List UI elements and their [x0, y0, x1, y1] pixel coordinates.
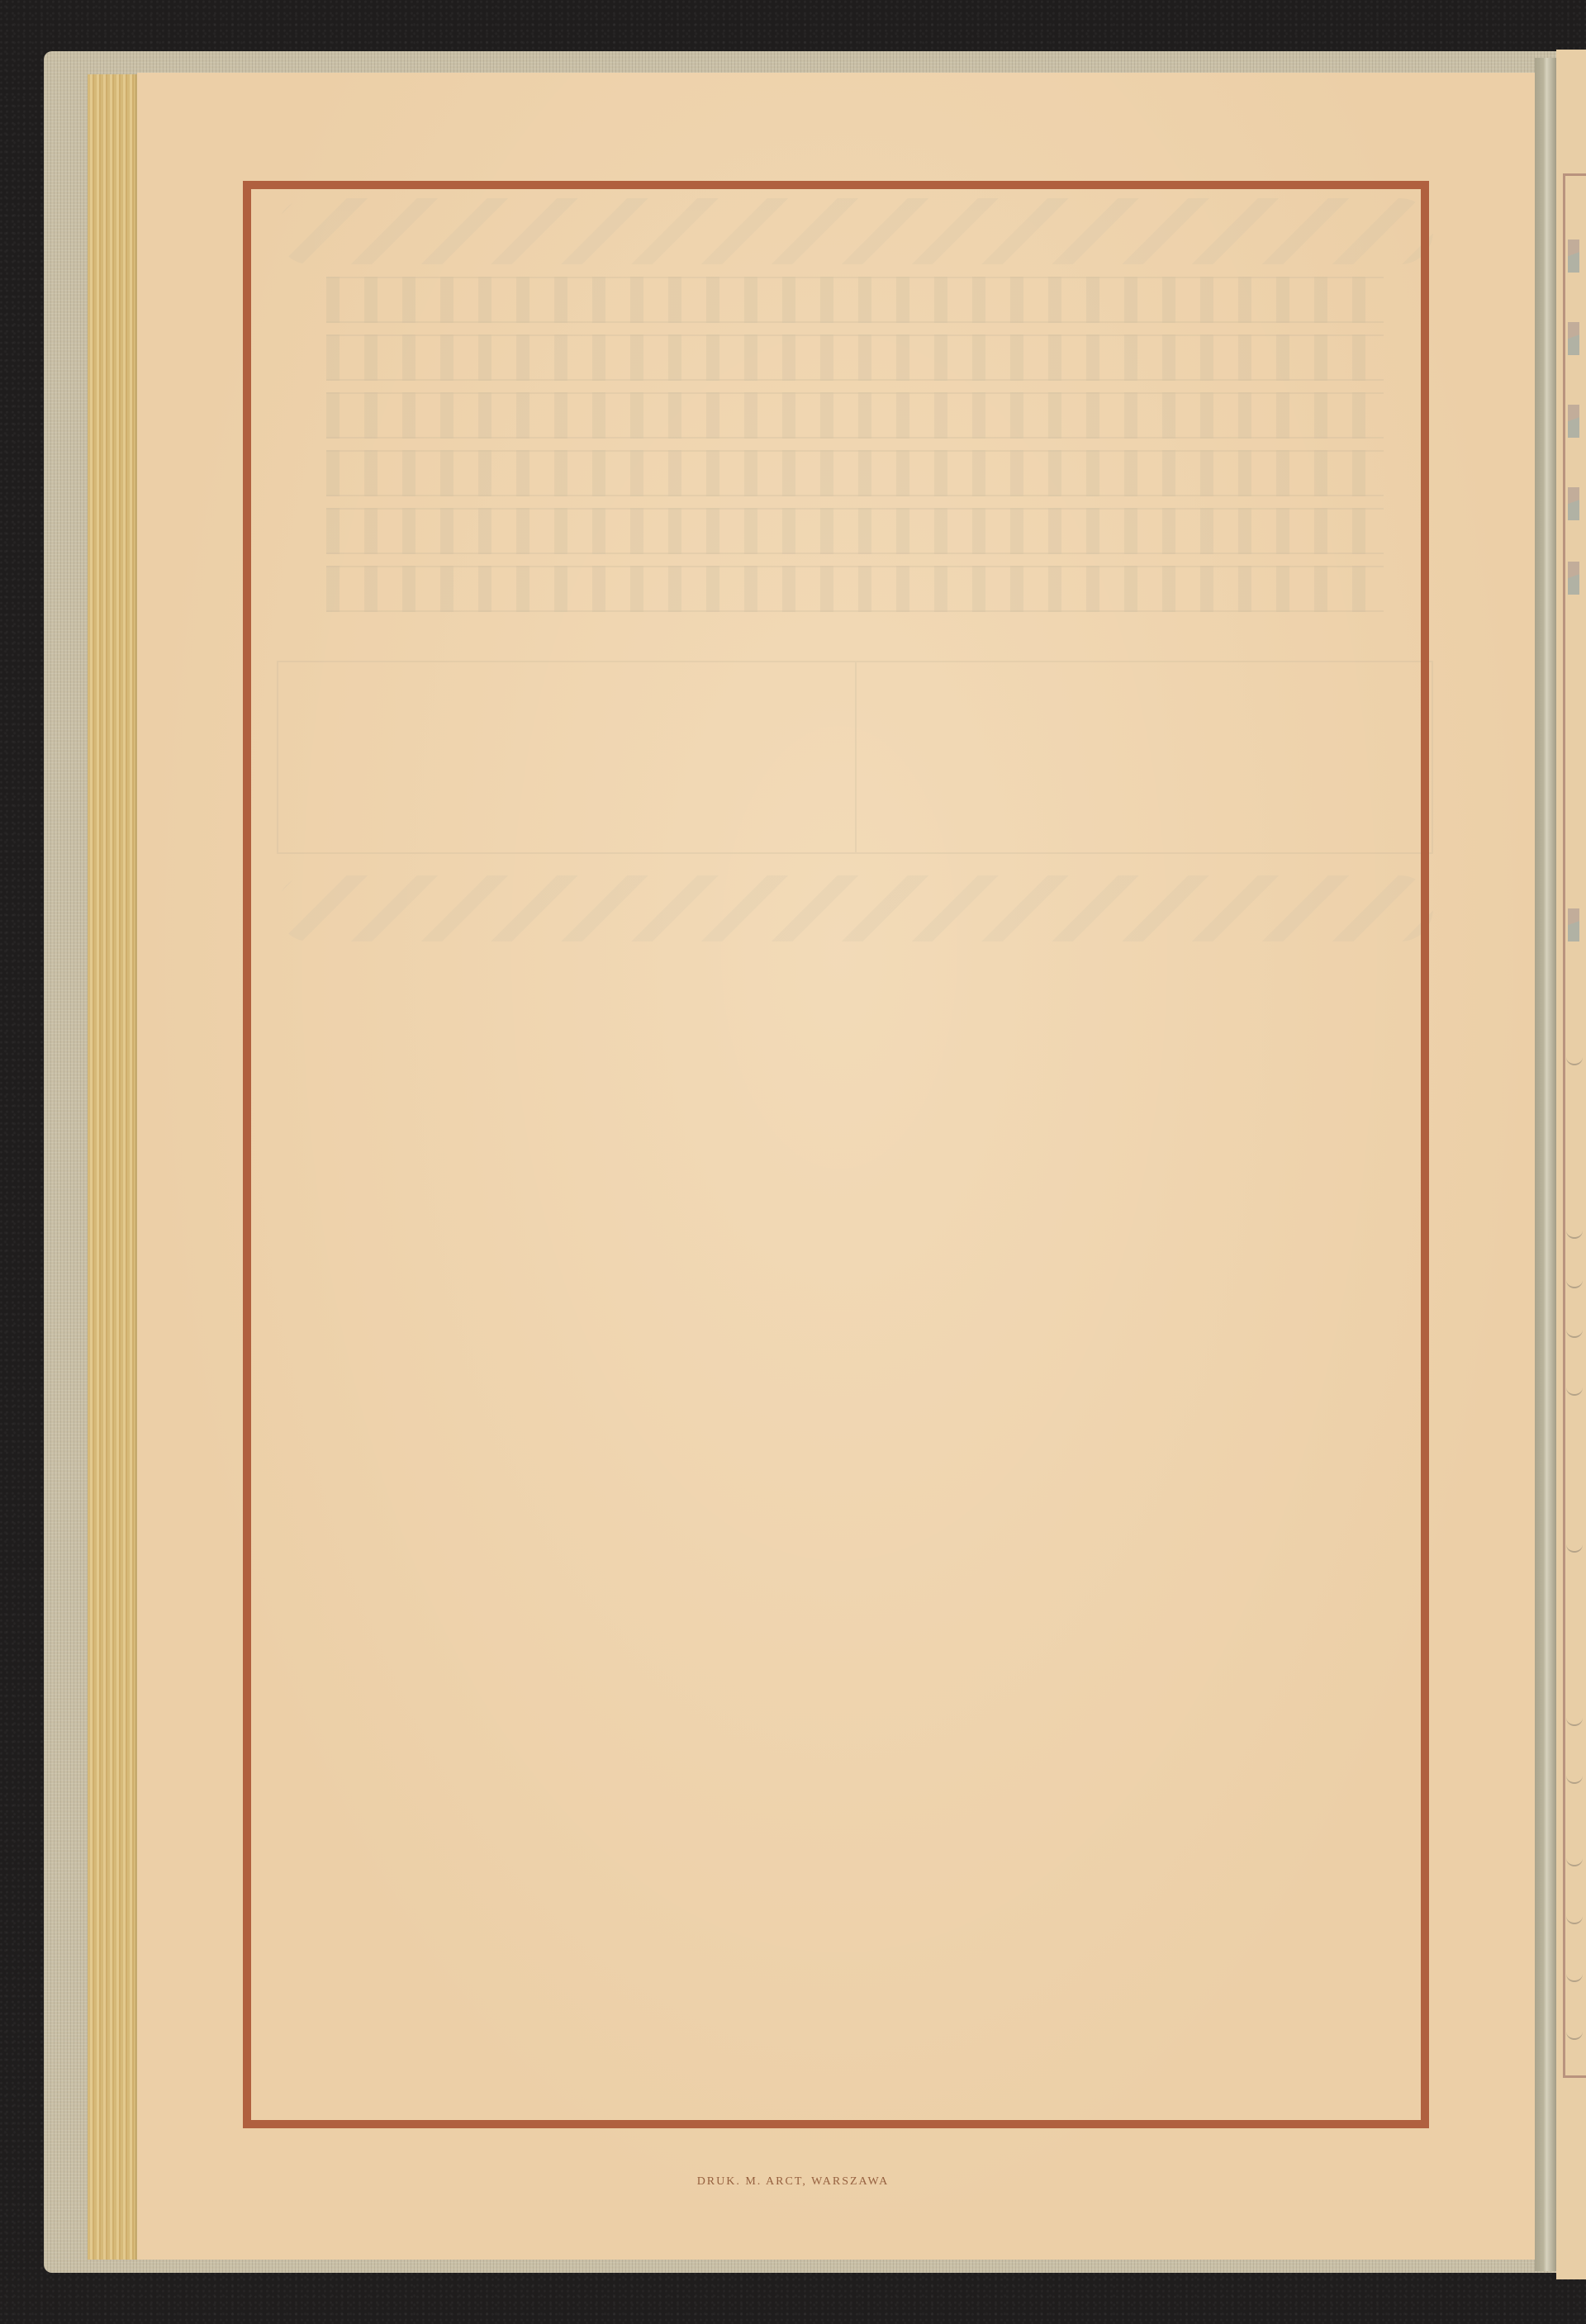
facing-handwriting — [1566, 1222, 1583, 1239]
facing-handwriting — [1566, 1379, 1583, 1396]
decorative-border-frame — [243, 181, 1429, 2128]
facing-handwriting — [1566, 1908, 1583, 1924]
facing-handwriting — [1566, 1850, 1583, 1866]
facing-ornament — [1568, 240, 1579, 273]
facing-ornament — [1568, 487, 1579, 520]
facing-handwriting — [1566, 1049, 1583, 1065]
facing-handwriting — [1566, 1710, 1583, 1726]
facing-handwriting — [1566, 1536, 1583, 1553]
page-edge-stack — [88, 74, 137, 2260]
facing-handwriting — [1566, 1966, 1583, 1982]
facing-handwriting — [1566, 2023, 1583, 2040]
facing-ornament — [1568, 405, 1579, 438]
facing-handwriting — [1566, 1767, 1583, 1784]
facing-ornament — [1568, 322, 1579, 355]
facing-ornament — [1568, 562, 1579, 595]
printer-imprint: DRUK. M. ARCT, WARSZAWA — [0, 2175, 1586, 2189]
facing-handwriting — [1566, 1272, 1583, 1288]
facing-ornament — [1568, 908, 1579, 941]
facing-page-border — [1563, 173, 1586, 2078]
facing-handwriting — [1566, 1321, 1583, 1338]
book-gutter — [1535, 58, 1556, 2271]
facing-page-edge — [1556, 50, 1586, 2279]
